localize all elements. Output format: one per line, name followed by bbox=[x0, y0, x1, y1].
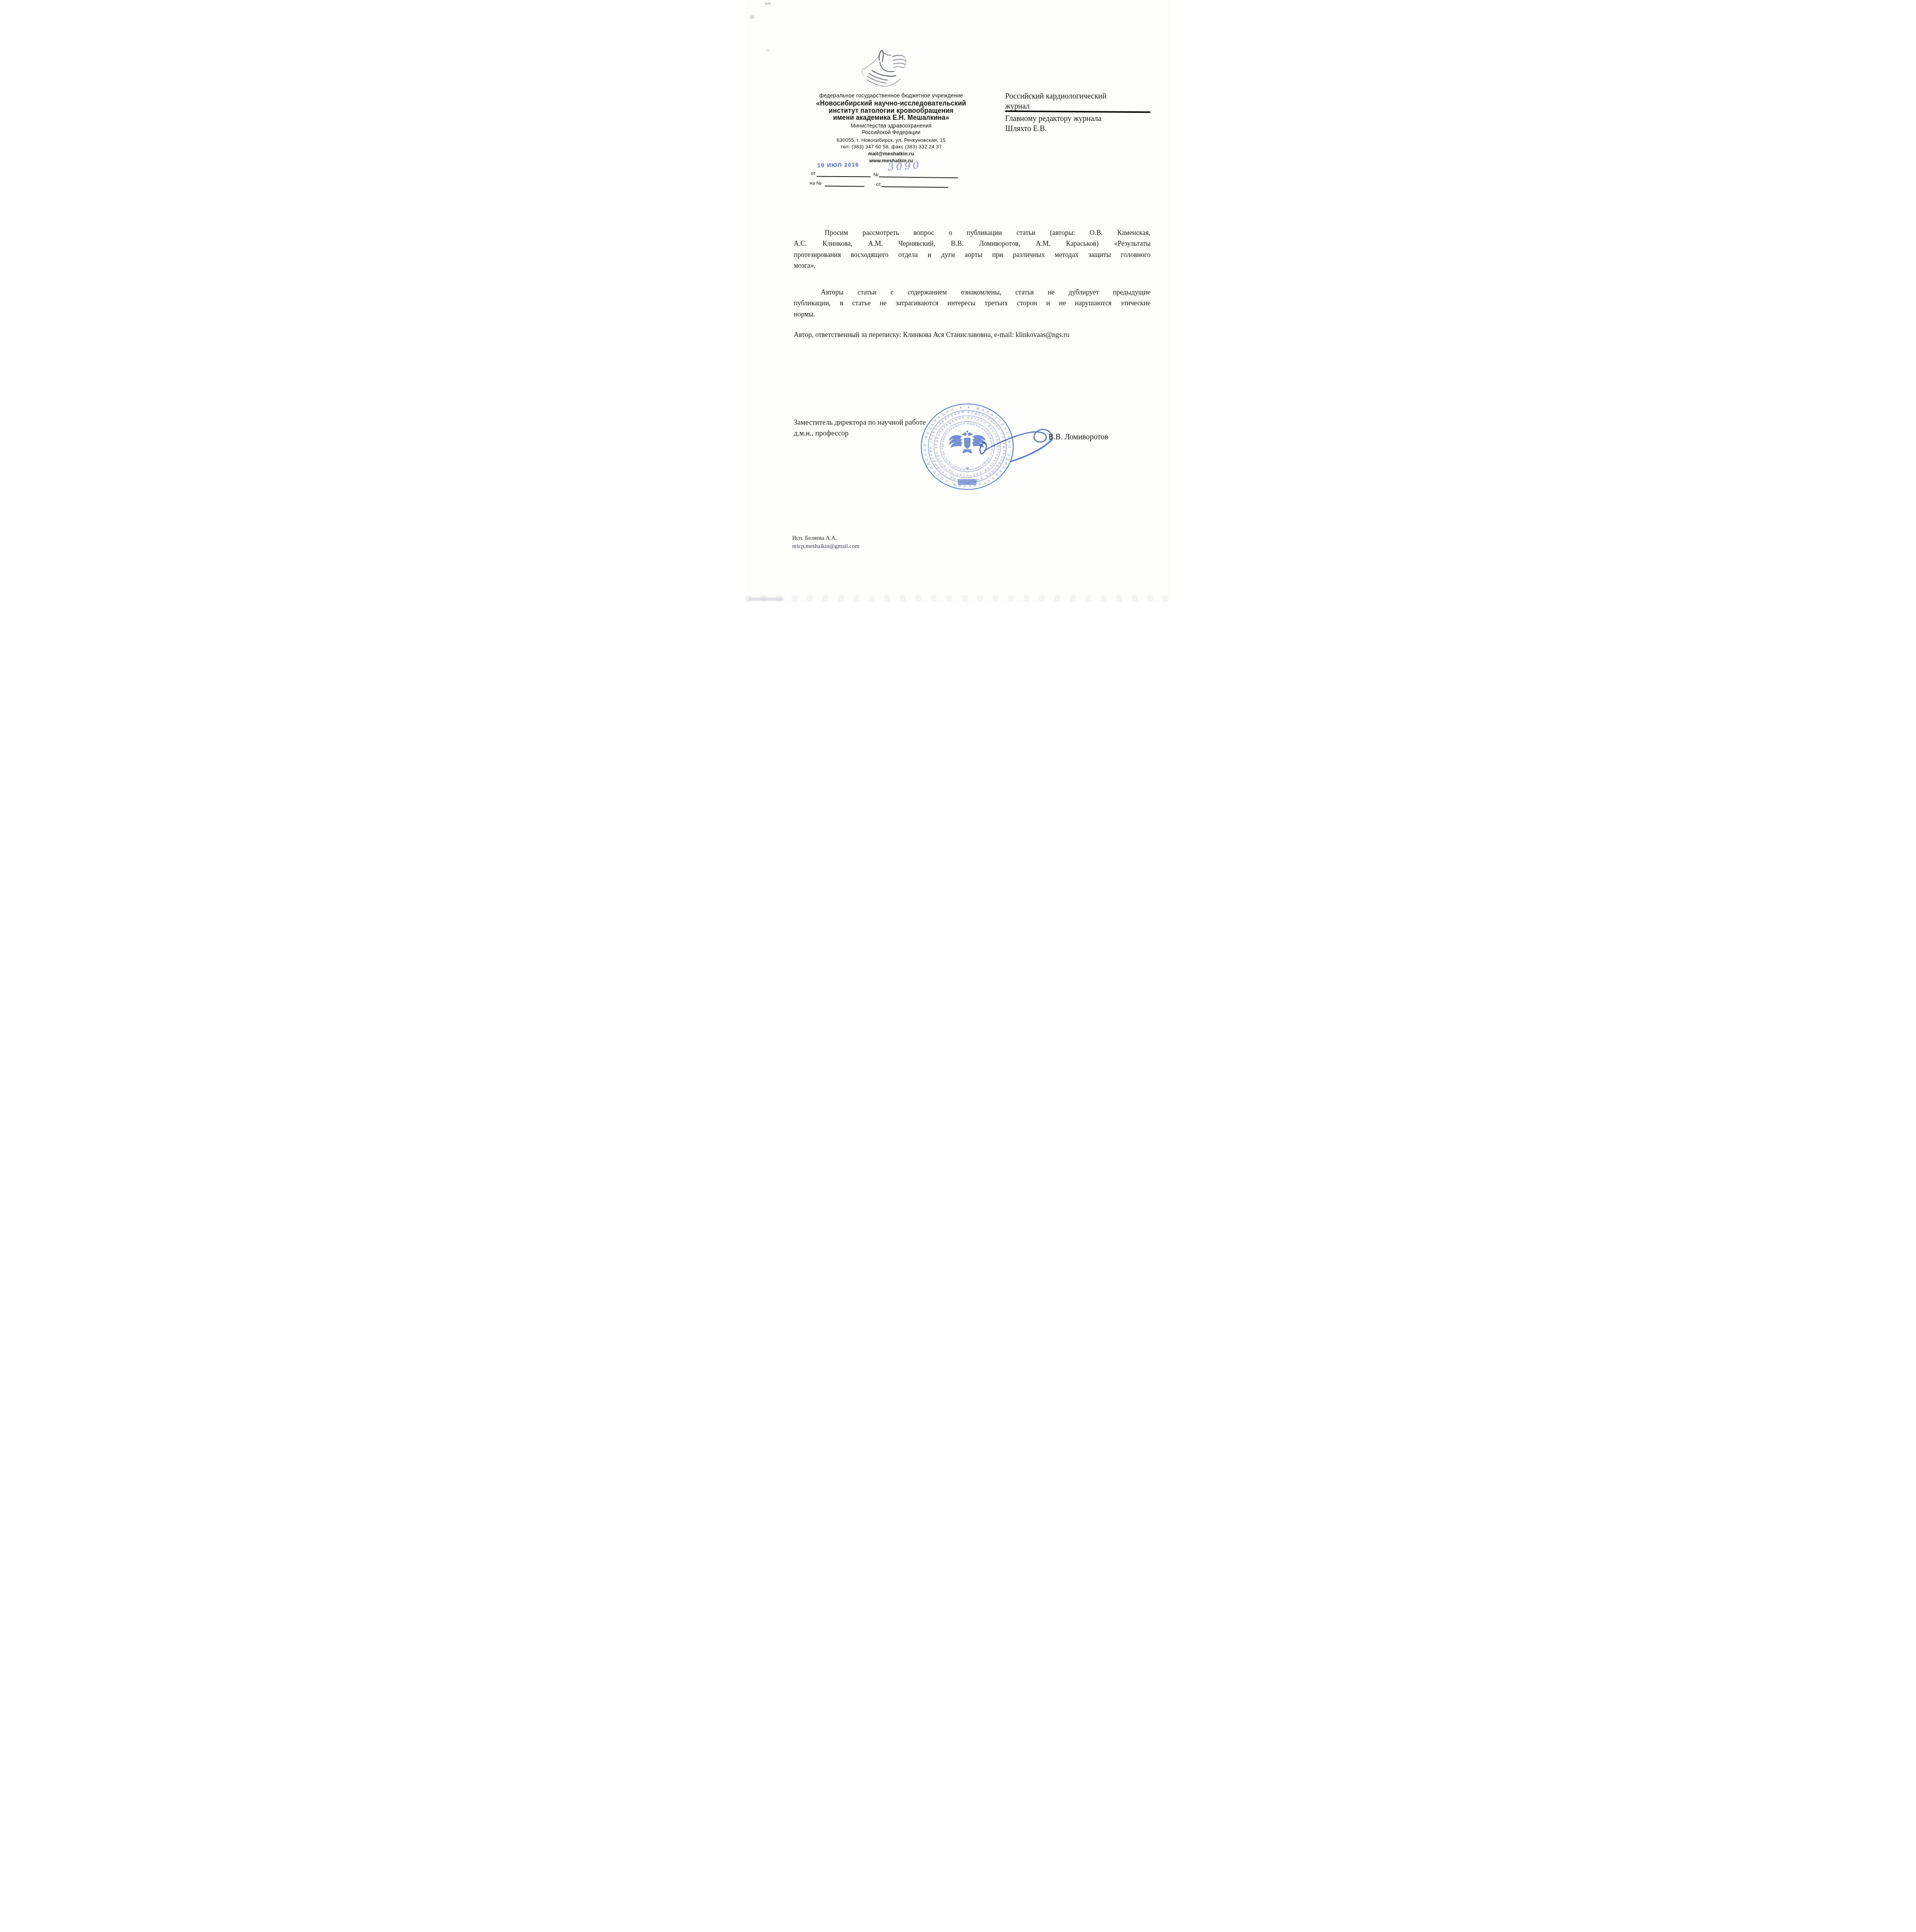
org-name-line2: институт патологии кровообращения bbox=[809, 107, 974, 114]
paragraph-line: публикации, в статье не затрагиваются ин… bbox=[794, 298, 1150, 308]
ministry-line2: Российской Федерации bbox=[809, 129, 974, 136]
executor-name: Исп. Беляева А.А. bbox=[792, 534, 859, 543]
letterhead: федеральное государственное бюджетное уч… bbox=[809, 93, 974, 164]
correspondence-author-line: Автор, ответственный за переписку: Клинк… bbox=[794, 331, 1150, 339]
journal-name-line1: Российский кардиологический bbox=[1005, 91, 1151, 101]
org-name-line1: «Новосибирский научно-исследовательский bbox=[809, 100, 974, 107]
paragraph-line: Авторы статьи с содержанием ознакомлены,… bbox=[794, 287, 1150, 298]
from-label: от bbox=[811, 171, 815, 176]
scan-artifact-speck bbox=[766, 49, 770, 51]
date-stamp: 19 ИЮЛ 2016 bbox=[817, 162, 859, 169]
seal-bottom-block bbox=[958, 479, 977, 485]
paragraph-line: мозга». bbox=[794, 260, 1150, 271]
signatory-name: В.В. Ломиворотов bbox=[1048, 433, 1108, 442]
recipient-addressee: Главному редактору журнала Шляхто Е.В. bbox=[1005, 114, 1151, 134]
paragraph-line: протезирования восходящего отдела и дуги… bbox=[794, 249, 1150, 260]
org-address: 630055, г. Новосибирск, ул. Речкуновская… bbox=[809, 137, 974, 143]
addressee-line1: Главному редактору журнала bbox=[1005, 114, 1151, 124]
recipient-journal: Российский кардиологический журнал bbox=[1005, 91, 1151, 111]
reply-from-label: от bbox=[876, 182, 881, 187]
addressee-line2: Шляхто Е.В. bbox=[1005, 124, 1151, 134]
journal-name-line2: журнал bbox=[1005, 101, 1151, 111]
org-email: mail@meshalkin.ru bbox=[809, 150, 974, 157]
number-label: № bbox=[873, 172, 878, 177]
org-type: федеральное государственное бюджетное уч… bbox=[809, 93, 974, 99]
seal-star-mark: * bbox=[965, 466, 969, 474]
reply-date-underline bbox=[881, 186, 948, 188]
org-phone-fax: тел. (383) 347 60 58, факс (383) 332 24 … bbox=[809, 143, 974, 150]
position-line1: Заместитель директора по научной работе bbox=[794, 417, 926, 428]
footer-executor-block: Исп. Беляева А.А. nricp.meshalkin@gmail.… bbox=[792, 534, 859, 551]
body-paragraph-2: Авторы статьи с содержанием ознакомлены,… bbox=[794, 287, 1150, 320]
ministry-line1: Министерства здравоохранения bbox=[809, 122, 974, 129]
position-line2: д.м.н., профессор bbox=[794, 428, 926, 439]
scan-artifact-smudge bbox=[749, 598, 783, 600]
paragraph-line: нормы. bbox=[794, 309, 1150, 320]
number-underline bbox=[879, 177, 958, 179]
hands-holding-heart-logo-icon bbox=[861, 46, 916, 90]
body-paragraph-1: Просим рассмотреть вопрос о публикации с… bbox=[794, 227, 1150, 271]
scan-artifact-speck bbox=[765, 2, 771, 5]
paragraph-line: Просим рассмотреть вопрос о публикации с… bbox=[794, 227, 1150, 238]
org-name-line3: имени академика Е.Н. Мешалкина» bbox=[809, 114, 974, 121]
handwritten-outgoing-number: 3090 bbox=[887, 160, 921, 173]
reply-to-number-label: на № bbox=[810, 180, 822, 186]
handwritten-signature bbox=[976, 420, 1058, 478]
signatory-position: Заместитель директора по научной работе … bbox=[794, 417, 926, 439]
executor-email: nricp.meshalkin@gmail.com bbox=[792, 543, 859, 551]
date-underline bbox=[817, 176, 871, 177]
scan-artifact-speck bbox=[750, 15, 754, 19]
reply-number-underline bbox=[825, 186, 864, 187]
scan-artifact-band bbox=[745, 595, 1171, 602]
scanned-letter-page: федеральное государственное бюджетное уч… bbox=[745, 0, 1171, 602]
paragraph-line: А.С. Клинкова, А.М. Чернявский, В.В. Лом… bbox=[794, 238, 1150, 249]
